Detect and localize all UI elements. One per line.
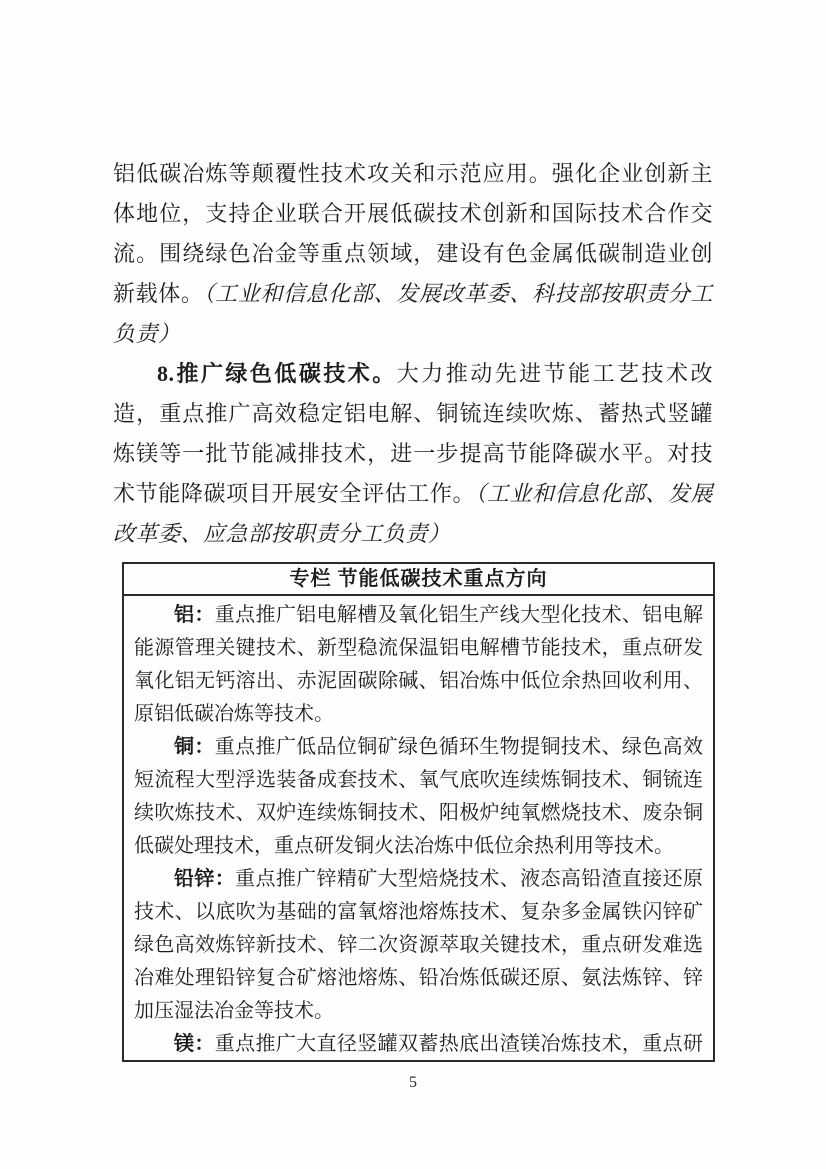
box-item-label: 铝： <box>174 604 215 626</box>
column-box: 专栏 节能低碳技术重点方向 铝：重点推广铝电解槽及氧化铝生产线大型化技术、铝电解… <box>122 562 715 1062</box>
page-number: 5 <box>0 1074 826 1092</box>
document-page: 铝低碳冶炼等颠覆性技术攻关和示范应用。强化企业创新主体地位，支持企业联合开展低碳… <box>0 0 826 1169</box>
paragraph-item-8: 8.推广绿色低碳技术。大力推动先进节能工艺技术改造，重点推广高效稳定铝电解、铜锍… <box>113 354 713 554</box>
document-content: 铝低碳冶炼等颠覆性技术攻关和示范应用。强化企业创新主体地位，支持企业联合开展低碳… <box>0 0 826 1062</box>
box-item-text: 重点推广锌精矿大型焙烧技术、液态高铅渣直接还原技术、以底吹为基础的富氧熔池熔炼技… <box>134 868 703 1022</box>
box-item-copper: 铜：重点推广低品位铜矿绿色循环生物提铜技术、绿色高效短流程大型浮选装备成套技术、… <box>134 731 703 863</box>
box-item-label: 铅锌： <box>174 868 235 890</box>
box-item-label: 镁： <box>174 1033 215 1055</box>
box-item-lead-zinc: 铅锌：重点推广锌精矿大型焙烧技术、液态高铅渣直接还原技术、以底吹为基础的富氧熔池… <box>134 863 703 1028</box>
run-in-heading: 8.推广绿色低碳技术。 <box>157 361 397 386</box>
responsibility-attribution: （工业和信息化部、发展改革委、科技部按职责分工负责） <box>113 281 713 346</box>
box-item-text: 重点推广低品位铜矿绿色循环生物提铜技术、绿色高效短流程大型浮选装备成套技术、氧气… <box>134 736 703 857</box>
column-box-title: 专栏 节能低碳技术重点方向 <box>124 564 713 596</box>
box-item-magnesium: 镁：重点推广大直径竖罐双蓄热底出渣镁冶炼技术，重点研发镁冶炼还原剂替代、再生镁提… <box>134 1028 703 1062</box>
box-item-aluminum: 铝：重点推广铝电解槽及氧化铝生产线大型化技术、铝电解能源管理关键技术、新型稳流保… <box>134 599 703 731</box>
box-item-label: 铜： <box>174 736 215 758</box>
paragraph-continued: 铝低碳冶炼等颠覆性技术攻关和示范应用。强化企业创新主体地位，支持企业联合开展低碳… <box>113 154 713 354</box>
column-box-body: 铝：重点推广铝电解槽及氧化铝生产线大型化技术、铝电解能源管理关键技术、新型稳流保… <box>124 596 713 1062</box>
box-item-text: 重点推广铝电解槽及氧化铝生产线大型化技术、铝电解能源管理关键技术、新型稳流保温铝… <box>134 604 703 725</box>
box-item-text: 重点推广大直径竖罐双蓄热底出渣镁冶炼技术，重点研发镁冶炼还原剂替代、再生镁提纯等… <box>134 1033 703 1062</box>
